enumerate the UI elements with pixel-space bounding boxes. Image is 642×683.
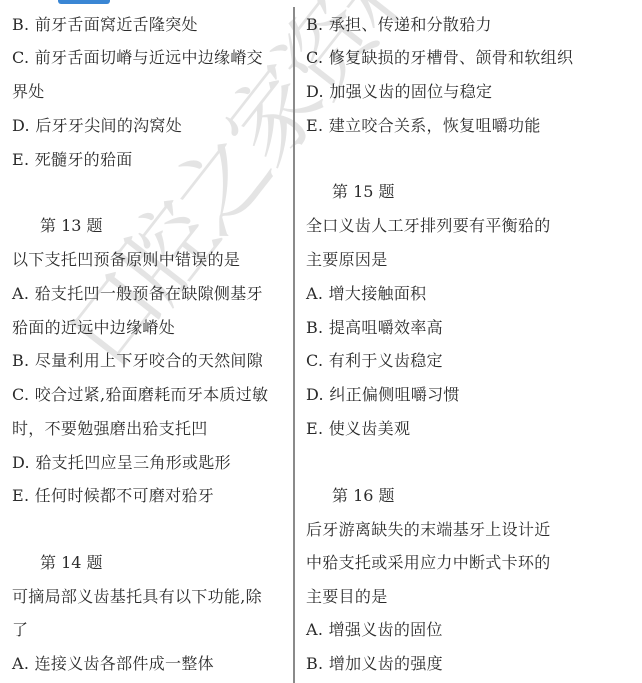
question-14-stem: 可摘局部义齿基托具有以下功能,除 — [12, 587, 262, 607]
option-line: B. 尽量利用上下牙咬合的天然间隙 — [12, 351, 263, 371]
question-16-stem-cont: 主要目的是 — [306, 587, 388, 607]
option-line: B. 提高咀嚼效率高 — [306, 318, 443, 338]
question-15-stem: 全口义齿人工牙排列要有平衡𬌗的 — [306, 216, 551, 236]
column-divider — [293, 7, 295, 683]
question-14-stem-cont: 了 — [12, 620, 28, 640]
question-13-stem: 以下支托凹预备原则中错误的是 — [12, 250, 240, 270]
option-line: B. 增加义齿的强度 — [306, 654, 443, 674]
option-line: E. 任何时候都不可磨对𬌗牙 — [12, 486, 214, 506]
question-15-title: 第 15 题 — [332, 182, 395, 202]
option-line: D. 纠正偏侧咀嚼习惯 — [306, 385, 460, 405]
question-16-stem: 后牙游离缺失的末端基牙上设计近 — [306, 520, 551, 540]
option-line: A. 连接义齿各部件成一整体 — [12, 654, 214, 674]
option-line: E. 使义齿美观 — [306, 419, 410, 439]
option-line: 界处 — [12, 82, 45, 102]
option-line: A. 增大接触面积 — [306, 284, 426, 304]
option-line: A. 增强义齿的固位 — [306, 620, 443, 640]
option-line: D. 加强义齿的固位与稳定 — [306, 82, 492, 102]
option-line: B. 承担、传递和分散𬌗力 — [306, 15, 492, 35]
option-line: E. 建立咬合关系，恢复咀嚼功能 — [306, 116, 541, 136]
option-line: C. 咬合过紧,𬌗面磨耗而牙本质过敏 — [12, 385, 268, 405]
question-14-title: 第 14 题 — [40, 553, 103, 573]
question-16-title: 第 16 题 — [332, 486, 395, 506]
option-line: C. 修复缺损的牙槽骨、颌骨和软组织 — [306, 48, 573, 68]
question-15-stem-cont: 主要原因是 — [306, 250, 388, 270]
option-line: D. 后牙牙尖间的沟窝处 — [12, 116, 182, 136]
option-line: C. 有利于义齿稳定 — [306, 351, 443, 371]
question-13-title: 第 13 题 — [40, 216, 103, 236]
option-line: B. 前牙舌面窝近舌隆突处 — [12, 15, 198, 35]
right-column: B. 承担、传递和分散𬌗力 C. 修复缺损的牙槽骨、颌骨和软组织 D. 加强义齿… — [306, 0, 636, 683]
option-line: C. 前牙舌面切嵴与近远中边缘嵴交 — [12, 48, 263, 68]
option-line: A. 𬌗支托凹一般预备在缺隙侧基牙 — [12, 284, 263, 304]
option-line: D. 𬌗支托凹应呈三角形或匙形 — [12, 453, 231, 473]
question-16-stem-cont: 中𬌗支托或采用应力中断式卡环的 — [306, 553, 551, 573]
option-line: 𬌗面的近远中边缘嵴处 — [12, 318, 175, 338]
left-column: B. 前牙舌面窝近舌隆突处 C. 前牙舌面切嵴与近远中边缘嵴交 界处 D. 后牙… — [12, 0, 287, 683]
option-line: E. 死髓牙的𬌗面 — [12, 150, 133, 170]
option-line: 时，不要勉强磨出𬌗支托凹 — [12, 419, 208, 439]
